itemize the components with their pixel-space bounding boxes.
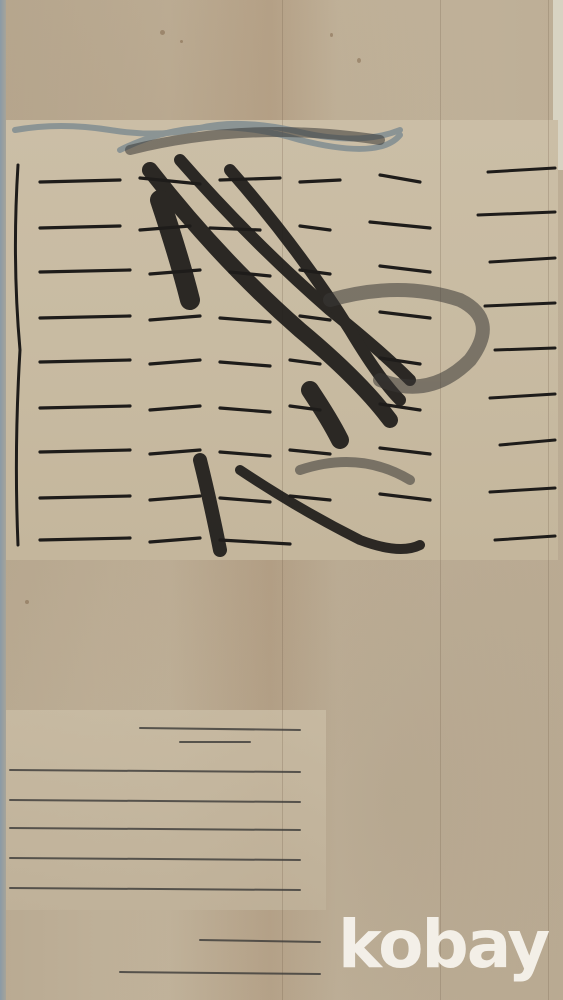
kobay-watermark: kobay: [338, 912, 548, 978]
document-photo: kobay: [0, 0, 563, 1000]
calligraphy-ink: [0, 0, 563, 1000]
